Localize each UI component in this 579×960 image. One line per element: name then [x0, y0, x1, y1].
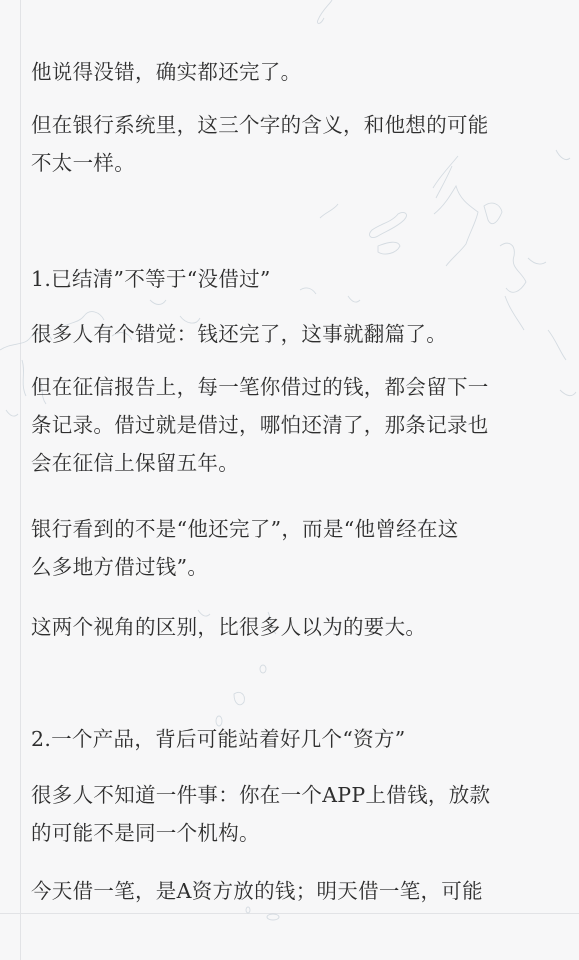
paragraph: 很多人有个错觉：钱还完了，这事就翻篇了。: [31, 315, 551, 353]
paragraph-line: 的可能不是同一个机构。: [31, 821, 260, 845]
heading-text: 1.已结清”不等于“没借过”: [31, 267, 271, 291]
paragraph-line: 但在银行系统里，这三个字的含义，和他想的可能: [31, 113, 489, 137]
paragraph: 今天借一笔，是A资方放的钱；明天借一笔，可能: [31, 872, 551, 910]
paragraph-line: 但在征信报告上，每一笔你借过的钱，都会留下一: [31, 375, 489, 399]
paragraph-line: 条记录。借过就是借过，哪怕还清了，那条记录也: [31, 413, 489, 437]
paragraph-line: 这两个视角的区别，比很多人以为的要大。: [31, 615, 426, 639]
paragraph: 但在银行系统里，这三个字的含义，和他想的可能 不太一样。: [31, 106, 551, 182]
paragraph-line: 很多人有个错觉：钱还完了，这事就翻篇了。: [31, 322, 447, 346]
paragraph: 很多人不知道一件事：你在一个APP上借钱，放款 的可能不是同一个机构。: [31, 776, 551, 852]
paragraph-line: 会在征信上保留五年。: [31, 451, 239, 475]
paragraph-line: 么多地方借过钱”。: [31, 555, 208, 579]
paragraph-line: 不太一样。: [31, 151, 135, 175]
paragraph-line: 他说得没错，确实都还完了。: [31, 60, 301, 84]
paragraph-line: 今天借一笔，是A资方放的钱；明天借一笔，可能: [31, 879, 483, 903]
paragraph: 银行看到的不是“他还完了”，而是“他曾经在这 么多地方借过钱”。: [31, 510, 551, 586]
heading-text: 2.一个产品，背后可能站着好几个“资方”: [31, 727, 406, 751]
paragraph: 他说得没错，确实都还完了。: [31, 53, 551, 91]
paragraph-line: 很多人不知道一件事：你在一个APP上借钱，放款: [31, 783, 490, 807]
left-margin-rule: [20, 0, 21, 960]
section-heading-2: 2.一个产品，背后可能站着好几个“资方”: [31, 720, 551, 758]
paragraph: 这两个视角的区别，比很多人以为的要大。: [31, 608, 551, 646]
paragraph: 但在征信报告上，每一笔你借过的钱，都会留下一 条记录。借过就是借过，哪怕还清了，…: [31, 368, 551, 482]
section-heading-1: 1.已结清”不等于“没借过”: [31, 260, 551, 298]
paragraph-line: 银行看到的不是“他还完了”，而是“他曾经在这: [31, 517, 459, 541]
bottom-divider-rule: [0, 913, 579, 914]
